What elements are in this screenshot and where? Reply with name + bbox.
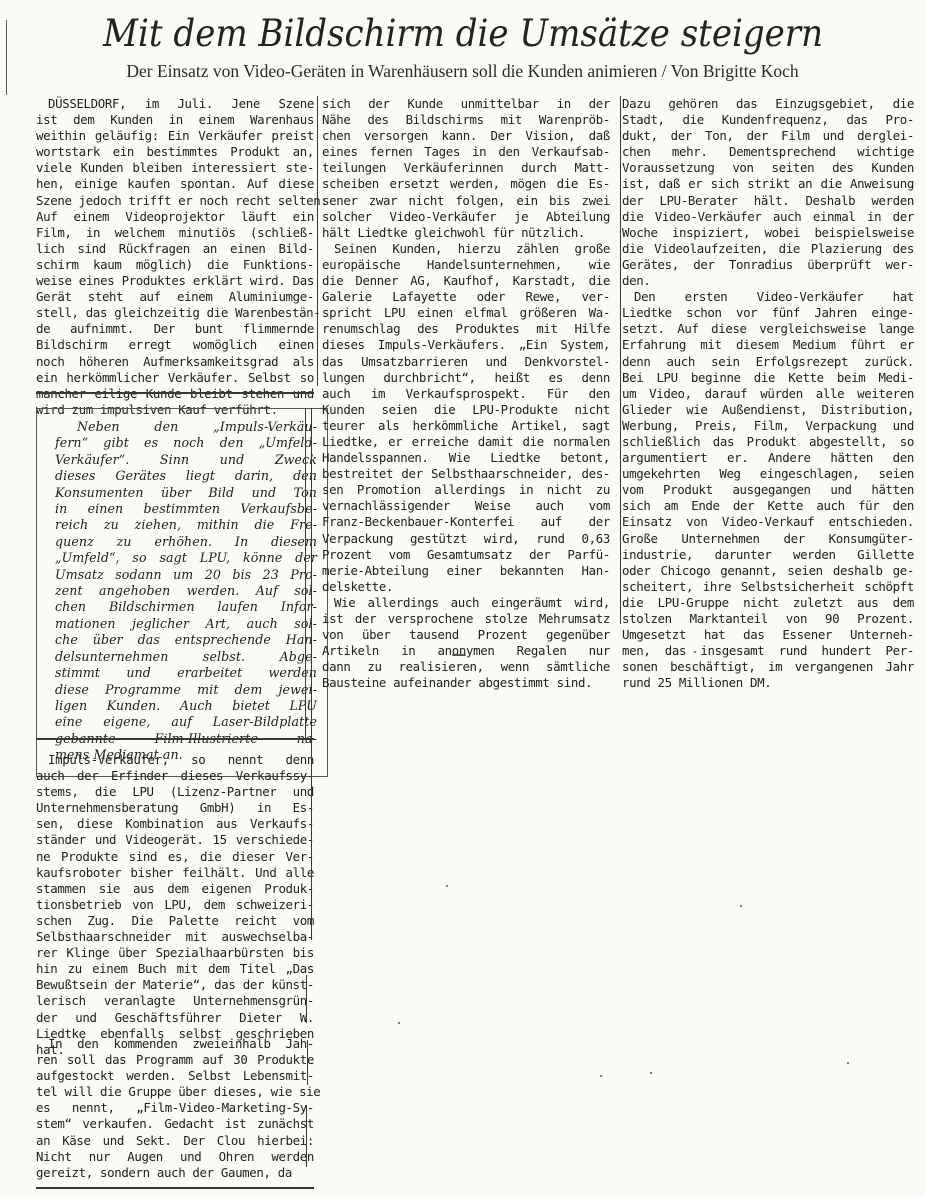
text-line: Franz-Beckenbauer-Konterfei auf der — [322, 514, 610, 530]
text-line: in einen bestimmten Verkaufsbe- — [55, 501, 317, 517]
text-line: weithin geläufig: Ein Verkäufer preist — [36, 128, 314, 144]
print-speck — [600, 1075, 602, 1077]
column-1-middle: Impuls-Verkäufer, so nennt dennauch der … — [36, 752, 314, 1058]
text-line: Umsatz sodann um 20 bis 23 Pro- — [55, 567, 317, 583]
print-speck — [650, 1072, 652, 1074]
print-speck — [740, 905, 742, 907]
text-line: DÜSSELDORF, im Juli. Jene Szene — [36, 96, 314, 112]
column-2: sich der Kunde unmittelbar in derNähe de… — [322, 96, 610, 691]
text-line: tionsbetrieb von LPU, dem schweizeri- — [36, 897, 314, 913]
text-line: europäische Handelsunternehmen, wie — [322, 257, 610, 273]
text-line: die LPU-Gruppe nicht zuletzt aus dem — [622, 595, 914, 611]
column-divider-1b — [311, 740, 312, 940]
text-line: um Video, darauf würden alle weiteren — [622, 386, 914, 402]
text-line: Film, in welchem minutiös (schließ- — [36, 225, 314, 241]
print-speck — [452, 654, 466, 656]
text-line: Woche inspiziert, wobei beispielsweise — [622, 225, 914, 241]
text-line: merie-Abteilung einer bekannten Han- — [322, 563, 610, 579]
text-line: hen, einige kaufen spontan. Auf diese — [36, 176, 314, 192]
text-line: Stadt, die Kundenfrequenz, das Pro- — [622, 112, 914, 128]
box-outer-divider — [311, 408, 312, 738]
text-line: den. — [622, 273, 914, 289]
text-line: Glieder wie Außendienst, Distribution, — [622, 402, 914, 418]
text-line: stimmt und erarbeitet werden — [55, 665, 317, 681]
text-line: es nennt, „Film-Video-Marketing-Sy- — [36, 1100, 314, 1116]
column-divider-1d — [307, 1040, 308, 1085]
box-top-rule — [36, 392, 314, 394]
text-line: Umgesetzt hat das Essener Unterneh- — [622, 627, 914, 643]
text-line: stem“ verkaufen. Gedacht ist zunächst — [36, 1116, 314, 1132]
text-line: das Umsatzbarrieren und Denkvorstel- — [322, 354, 610, 370]
text-line: chen Bildschirmen laufen Infor- — [55, 599, 317, 615]
print-speck — [694, 651, 696, 653]
text-line: Große Unternehmen der Konsumgüter- — [622, 531, 914, 547]
text-line: Artikeln in anonymen Regalen nur — [322, 643, 610, 659]
sidebar-box: Neben den „Impuls-Verkäu-fern“ gibt es n… — [36, 408, 328, 777]
text-line: Nicht nur Augen und Ohren werden — [36, 1149, 314, 1165]
text-line: ne Produkte sind es, die dieser Ver- — [36, 849, 314, 865]
text-line: denn auch sein Erfolgsrezept zurück. — [622, 354, 914, 370]
text-line: Kunden seien die LPU-Produkte nicht — [322, 402, 610, 418]
text-line: ren soll das Programm auf 30 Produkte — [36, 1052, 314, 1068]
text-line: die Denner AG, Kaufhof, Karstadt, die — [322, 273, 610, 289]
text-line: scheitert, ihre Selbstsicherheit schöpft — [622, 579, 914, 595]
text-line: Gerät steht auf einem Aluminiumge- — [36, 289, 314, 305]
column-divider-1c — [306, 975, 307, 1023]
text-line: Bei LPU beginne die Kette beim Medi- — [622, 370, 914, 386]
text-line: schließlich das Produkt abgestellt, so — [622, 434, 914, 450]
text-line: ist dem Kunden in einem Warenhaus — [36, 112, 314, 128]
column-divider-1a — [317, 96, 318, 386]
text-line: Seinen Kunden, hierzu zählen große — [322, 241, 610, 257]
text-line: ist, daß er sich strikt an die Anweisung — [622, 176, 914, 192]
text-line: ligen Kunden. Auch bietet LPU — [55, 698, 317, 714]
text-line: industrie, darunter werden Gillette — [622, 547, 914, 563]
text-line: oder Chicogo genannt, seien deshalb ge- — [622, 563, 914, 579]
column-divider-2 — [620, 96, 621, 624]
text-line: teurer als herkömmliche Artikel, sagt — [322, 418, 610, 434]
text-line: gereizt, sondern auch der Gaumen, da — [36, 1165, 314, 1181]
text-line: Den ersten Video-Verkäufer hat — [622, 289, 914, 305]
column-1-bottom: In den kommenden zweieinhalb Jah-ren sol… — [36, 1036, 314, 1181]
text-line: stems, die LPU (Lizenz-Partner und — [36, 784, 314, 800]
text-line: men, das insgesamt rund hundert Per- — [622, 643, 914, 659]
text-line: dann zu realisieren, wenn sämtliche — [322, 659, 610, 675]
text-line: chen versorgen kann. Der Vision, daß — [322, 128, 610, 144]
text-line: umgekehrten Weg eingeschlagen, seien — [622, 466, 914, 482]
text-line: sonen beschäftigt, im vergangenen Jahr — [622, 659, 914, 675]
text-line: Erfahrung mit diesem Medium führt er — [622, 337, 914, 353]
text-line: rund 25 Millionen DM. — [622, 675, 914, 691]
text-line: schen Zug. Die Palette reicht vom — [36, 913, 314, 929]
text-line: Galerie Lafayette oder Rewe, ver- — [322, 289, 610, 305]
text-line: stammen sie aus dem eigenen Produk- — [36, 881, 314, 897]
text-line: Wie allerdings auch eingeräumt wird, — [322, 595, 610, 611]
text-line: viele Kunden bleiben interessiert ste- — [36, 160, 314, 176]
text-line: hin zu einem Buch mit dem Titel „Das — [36, 961, 314, 977]
text-line: de aufnimmt. Der bunt flimmernde — [36, 321, 314, 337]
text-line: ist der versprochene stolze Mehrumsatz — [322, 611, 610, 627]
text-line: In den kommenden zweieinhalb Jah- — [36, 1036, 314, 1052]
column-1-end-rule — [36, 1187, 314, 1189]
text-line: ein herkömmlicher Verkäufer. Selbst so — [36, 370, 314, 386]
text-line: ständer und Videogerät. 15 verschiede- — [36, 832, 314, 848]
print-speck — [446, 885, 448, 887]
column-divider-1e — [306, 1105, 307, 1167]
text-line: Bewußtsein der Materie“, das der künst- — [36, 977, 314, 993]
text-line: fern“ gibt es noch den „Umfeld- — [55, 435, 317, 451]
text-line: sich am Ende der Kette auch für den — [622, 498, 914, 514]
box-inner-divider — [305, 408, 306, 738]
subheadline-byline: Der Einsatz von Video-Geräten in Warenhä… — [0, 61, 925, 82]
text-line: Bildschirm erregt womöglich einen — [36, 337, 314, 353]
text-line: dieses Gerätes liegt darin, den — [55, 468, 317, 484]
text-line: zent angehoben werden. Auf sol- — [55, 583, 317, 599]
text-line: argumentiert er. Andere hätten den — [622, 450, 914, 466]
text-line: dieses Impuls-Verkäufers. „Ein System, — [322, 337, 610, 353]
text-line: lich sind Rückfragen an einen Bild- — [36, 241, 314, 257]
text-line: Gerätes, der Tonradius überprüft wer- — [622, 257, 914, 273]
text-line: Nähe des Bildschirms mit Warenpröb- — [322, 112, 610, 128]
text-line: mationen jeglicher Art, auch sol- — [55, 616, 317, 632]
text-line: auch im Verkaufsprospekt. Für den — [322, 386, 610, 402]
text-line: diese Programme mit dem jewei- — [55, 682, 317, 698]
text-line: schirm kaum möglich) die Funktions- — [36, 257, 314, 273]
text-line: rer Klinge über Spezialhaarbürsten bis — [36, 945, 314, 961]
text-line: weise eines Produktes erklärt wird. Das — [36, 273, 314, 289]
text-line: Dazu gehören das Einzugsgebiet, die — [622, 96, 914, 112]
text-line: quenz zu erhöhen. In diesem — [55, 534, 317, 550]
text-line: Einsatz von Video-Verkauf entschieden. — [622, 514, 914, 530]
box-bottom-rule — [36, 738, 314, 740]
text-line: Prozent vom Gesamtumsatz der Parfü- — [322, 547, 610, 563]
column-3: Dazu gehören das Einzugsgebiet, dieStadt… — [622, 96, 914, 691]
text-line: stolzen Marktanteil von 90 Prozent. — [622, 611, 914, 627]
text-line: auch der Erfinder dieses Verkaufssy- — [36, 768, 314, 784]
text-line: Selbsthaarschneider mit auswechselba- — [36, 929, 314, 945]
text-line: solcher Video-Verkäufer je Abteilung — [322, 209, 610, 225]
text-line: spricht LPU einen elfmal größeren Wa- — [322, 305, 610, 321]
text-line: Liedtke, er erreiche damit die normalen — [322, 434, 610, 450]
text-line: Unternehmensberatung GmbH) in Es- — [36, 800, 314, 816]
text-line: wortstark ein bestimmtes Produkt an, — [36, 144, 314, 160]
text-line: lungen durchbricht“, heißt es denn — [322, 370, 610, 386]
text-line: chen mehr. Dementsprechend wichtige — [622, 144, 914, 160]
text-line: Auf einem Videoprojektor läuft ein — [36, 209, 314, 225]
text-line: noch höheren Aufmerksamkeitsgrad als — [36, 354, 314, 370]
text-line: vernachlässigender Weise auch vom — [322, 498, 610, 514]
text-line: eine eigene, auf Laser-Bildplatte — [55, 714, 317, 730]
text-line: vom Produkt ausgegangen und hätten — [622, 482, 914, 498]
text-line: Liedtke schon vor fünf Jahren einge- — [622, 305, 914, 321]
text-line: Verpackung gestützt wird, rund 0,63 — [322, 531, 610, 547]
text-line: hält Liedtke gleichwohl für nützlich. — [322, 225, 610, 241]
text-line: Szene jedoch trifft er noch recht selten… — [36, 193, 314, 209]
text-line: renumschlag des Produktes mit Hilfe — [322, 321, 610, 337]
text-line: Voraussetzung von seiten des Kunden — [622, 160, 914, 176]
text-line: sener zwar nicht folgen, ein bis zwei — [322, 193, 610, 209]
text-line: „Umfeld“, so sagt LPU, könne der — [55, 550, 317, 566]
text-line: sen, diese Kombination aus Verkaufs- — [36, 816, 314, 832]
text-line: tel will die Gruppe über dieses, wie sie — [36, 1084, 314, 1100]
print-speck — [847, 1062, 849, 1064]
text-line: aufgestockt werden. Selbst Lebensmit- — [36, 1068, 314, 1084]
text-line: stell, das gleichzeitig die Warenbestän- — [36, 305, 314, 321]
text-line: an Käse und Sekt. Der Clou hierbei: — [36, 1133, 314, 1149]
text-line: teilungen Verkäuferinnen durch Matt- — [322, 160, 610, 176]
text-line: der und Geschäftsführer Dieter W. — [36, 1010, 314, 1026]
text-line: Konsumenten über Bild und Ton — [55, 485, 317, 501]
text-line: von über tausend Prozent gegenüber — [322, 627, 610, 643]
text-line: die Video-Verkäufer auch einmal in der — [622, 209, 914, 225]
text-line: reich zu ziehen, mithin die Fre- — [55, 517, 317, 533]
text-line: che über das entsprechende Han- — [55, 632, 317, 648]
print-speck — [398, 1022, 400, 1024]
text-line: der LPU-Berater hält. Deshalb werden — [622, 193, 914, 209]
text-line: die Videolaufzeiten, die Plazierung des — [622, 241, 914, 257]
text-line: sich der Kunde unmittelbar in der — [322, 96, 610, 112]
text-line: Handelsspannen. Wie Liedtke betont, — [322, 450, 610, 466]
text-line: Impuls-Verkäufer, so nennt denn — [36, 752, 314, 768]
headline: Mit dem Bildschirm die Umsätze steigern — [38, 12, 889, 55]
text-line: Verkäufer“. Sinn und Zweck — [55, 452, 317, 468]
margin-rule — [6, 20, 7, 95]
text-line: eines fernen Tages in den Verkaufsab- — [322, 144, 610, 160]
text-line: delskette. — [322, 579, 610, 595]
text-line: sen Promotion allerdings in nicht zu — [322, 482, 610, 498]
text-line: scheiben ersetzt werden, mögen die Es- — [322, 176, 610, 192]
text-line: delsunternehmen selbst. Abge- — [55, 649, 317, 665]
text-line: setzt. Auf diese vergleichsweise lange — [622, 321, 914, 337]
text-line: Werbung, Preis, Film, Verpackung und — [622, 418, 914, 434]
text-line: Neben den „Impuls-Verkäu- — [55, 419, 317, 435]
text-line: dukt, der Ton, der Film und derglei- — [622, 128, 914, 144]
text-line: lerisch veranlagte Unternehmensgrün- — [36, 993, 314, 1009]
text-line: kaufsroboter bisher feilhält. Und alle — [36, 865, 314, 881]
text-line: bestreitet der Selbsthaarschneider, des- — [322, 466, 610, 482]
text-line: Bausteine aufeinander abgestimmt sind. — [322, 675, 610, 691]
column-1-intro: DÜSSELDORF, im Juli. Jene Szeneist dem K… — [36, 96, 314, 418]
